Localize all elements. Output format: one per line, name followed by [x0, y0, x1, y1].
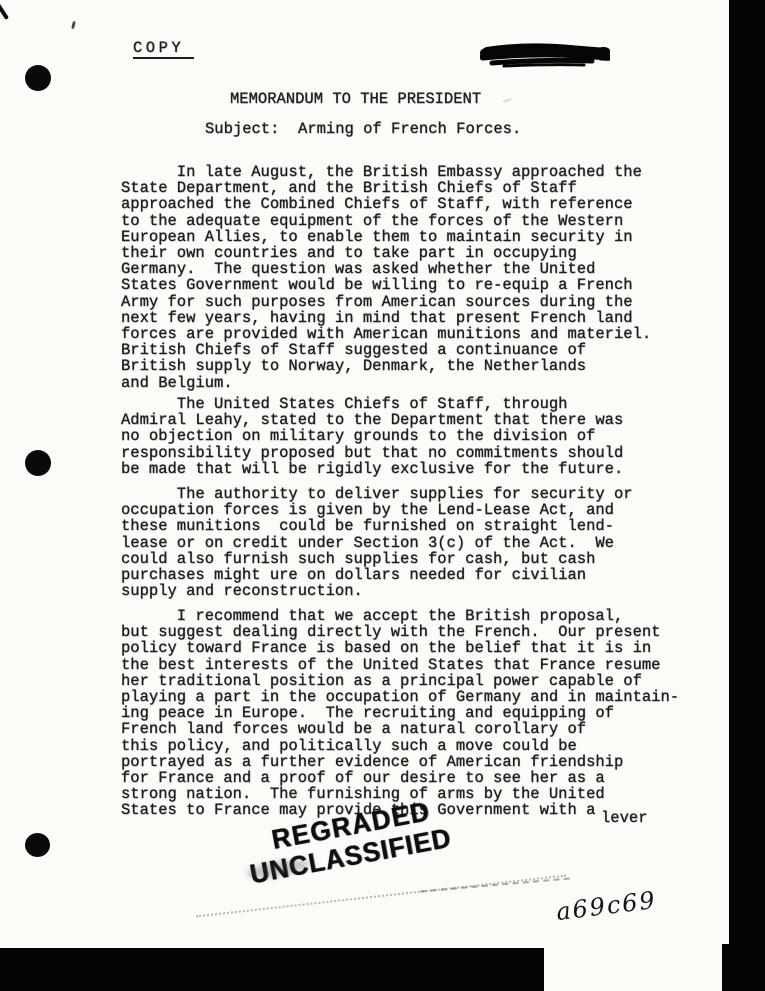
- scanned-memo-page: COPY MEMORANDUM TO THE PRESIDENT Subject…: [0, 0, 765, 991]
- hole-punch-bottom: [25, 833, 50, 857]
- copy-label: COPY: [133, 40, 194, 59]
- hole-punch-middle: [25, 450, 51, 476]
- memo-title: MEMORANDUM TO THE PRESIDENT: [230, 91, 481, 107]
- paragraph-3: The authority to deliver supplies for se…: [121, 486, 633, 599]
- scan-edge-bottom: [0, 948, 544, 991]
- scan-smudge-streak: [420, 877, 570, 892]
- scan-edge-bottom-right: [722, 944, 765, 991]
- ink-speck: [71, 21, 76, 29]
- paragraph-1: In late August, the British Embassy appr…: [121, 164, 651, 391]
- scan-edge-right: [729, 0, 765, 991]
- redaction-scribble-icon: [480, 42, 610, 70]
- memo-subject-line: Subject: Arming of French Forces.: [205, 121, 521, 137]
- continuation-word: lever: [601, 810, 648, 826]
- hole-punch-top: [25, 65, 51, 91]
- paragraph-2: The United States Chiefs of Staff, throu…: [121, 396, 623, 477]
- scan-corner-artifact: [0, 2, 9, 20]
- handwritten-archive-code: a69c69: [555, 886, 658, 926]
- faint-smudge-speck: [503, 98, 512, 104]
- paragraph-4: I recommend that we accept the British p…: [121, 608, 679, 819]
